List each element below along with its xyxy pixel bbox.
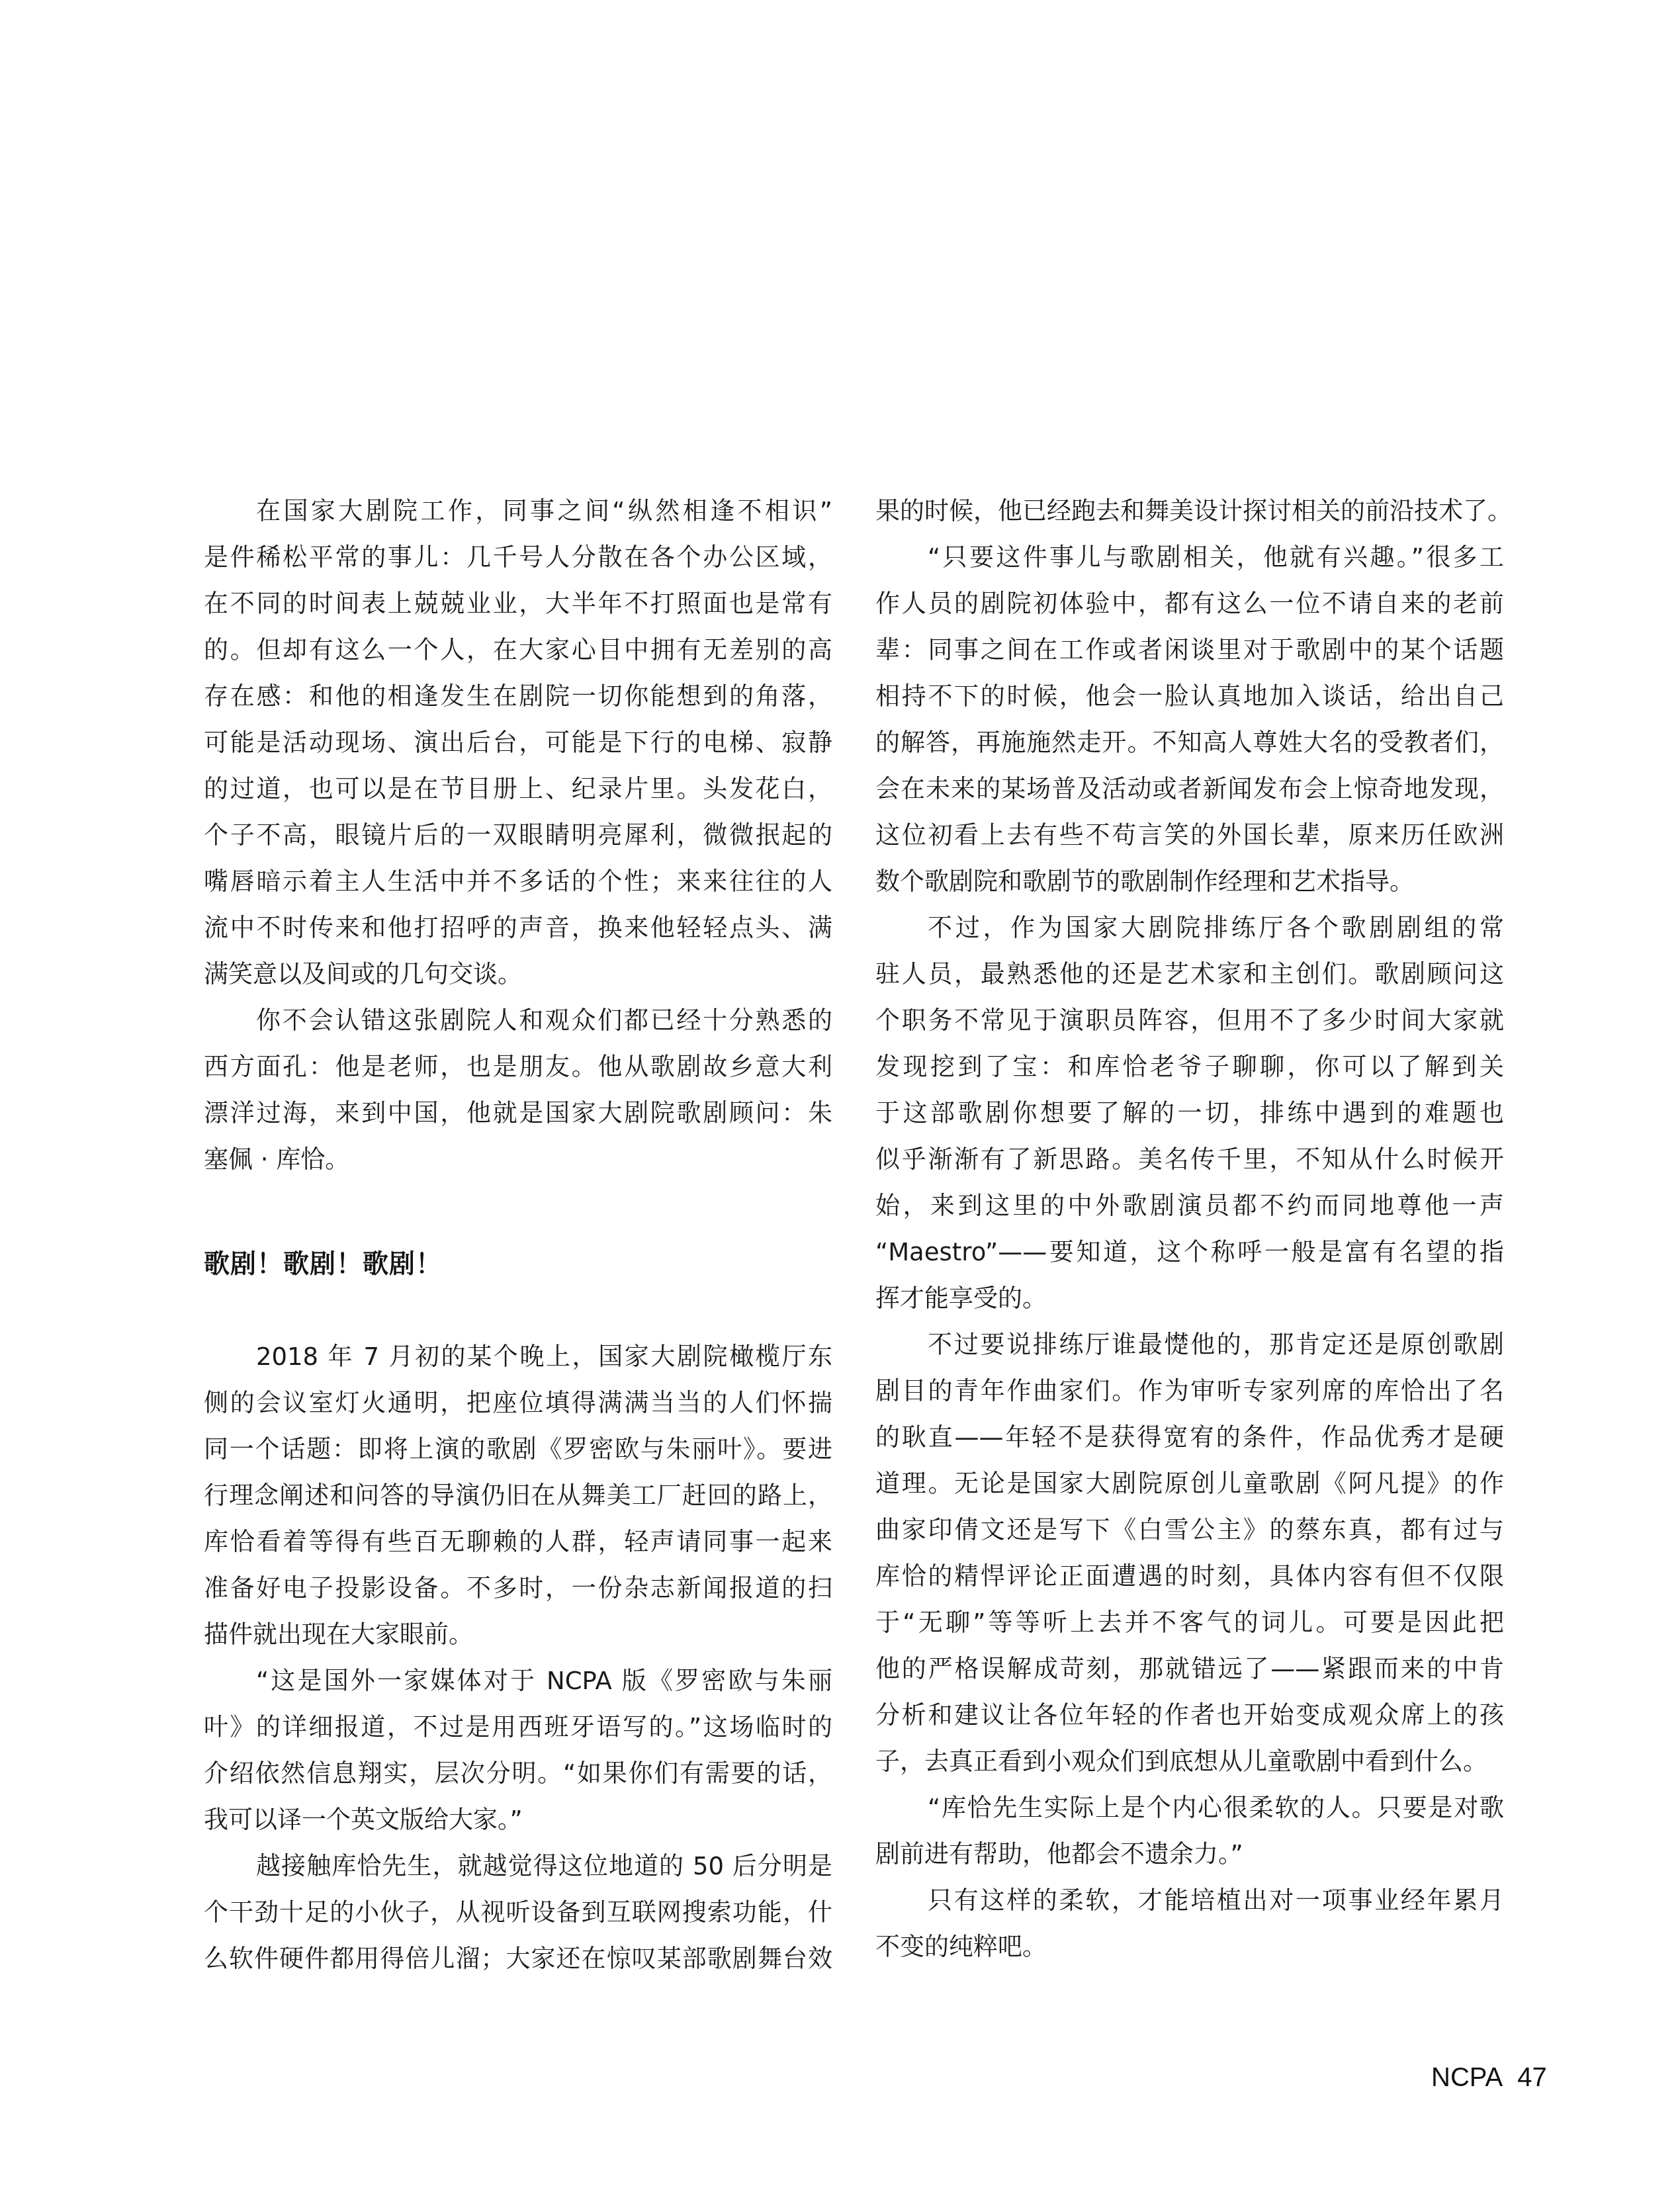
text-line: 西方面孔：他是老师，也是朋友。他从歌剧故乡意大利 [204,1044,832,1090]
text-line: “Maestro”——要知道，这个称呼一般是富有名望的指 [875,1229,1504,1276]
text-line: 不过要说排练厅谁最憷他的，那肯定还是原创歌剧 [875,1322,1504,1368]
text-line: 相持不下的时候，他会一脸认真地加入谈话，给出自己 [875,674,1504,720]
text-line: 在国家大剧院工作，同事之间“纵然相逢不相识” [204,488,832,535]
text-line: 剧前进有帮助，他都会不遗余力。” [875,1831,1504,1878]
text-line: 流中不时传来和他打招呼的声音，换来他轻轻点头、满 [204,905,832,951]
magazine-page: 在国家大剧院工作，同事之间“纵然相逢不相识”是件稀松平常的事儿：几千号人分散在各… [0,0,1680,2188]
text-line: 始，来到这里的中外歌剧演员都不约而同地尊他一声 [875,1183,1504,1229]
magazine-name: NCPA [1431,2063,1503,2092]
text-line: “只要这件事儿与歌剧相关，他就有兴趣。”很多工 [875,535,1504,581]
text-line: 描件就出现在大家眼前。 [204,1612,832,1658]
text-line: 只有这样的柔软，才能培植出对一项事业经年累月 [875,1878,1504,1924]
text-line: 介绍依然信息翔实，层次分明。“如果你们有需要的话， [204,1751,832,1797]
text-line: 存在感：和他的相逢发生在剧院一切你能想到的角落， [204,674,832,720]
intro-paragraphs: 在国家大剧院工作，同事之间“纵然相逢不相识”是件稀松平常的事儿：几千号人分散在各… [204,488,832,1183]
text-line: 行理念阐述和问答的导演仍旧在从舞美工厂赶回的路上， [204,1473,832,1519]
text-line: 辈：同事之间在工作或者闲谈里对于歌剧中的某个话题 [875,627,1504,674]
text-line: 的解答，再施施然走开。不知高人尊姓大名的受教者们， [875,720,1504,766]
text-line: 2018 年 7 月初的某个晚上，国家大剧院橄榄厅东 [204,1334,832,1380]
page-footer: NCPA47 [1431,2063,1547,2093]
text-line: 准备好电子投影设备。不多时，一份杂志新闻报道的扫 [204,1565,832,1612]
text-line: 越接触库恰先生，就越觉得这位地道的 50 后分明是 [204,1843,832,1890]
text-line: 似乎渐渐有了新思路。美名传千里，不知从什么时候开 [875,1137,1504,1183]
left-column: 在国家大剧院工作，同事之间“纵然相逢不相识”是件稀松平常的事儿：几千号人分散在各… [204,488,832,1982]
text-line: 同一个话题：即将上演的歌剧《罗密欧与朱丽叶》。要进 [204,1426,832,1473]
text-line: 曲家印倩文还是写下《白雪公主》的蔡东真，都有过与 [875,1507,1504,1553]
text-line: 你不会认错这张剧院人和观众们都已经十分熟悉的 [204,998,832,1044]
text-line: “库恰先生实际上是个内心很柔软的人。只要是对歌 [875,1785,1504,1831]
text-line: 分析和建议让各位年轻的作者也开始变成观众席上的孩 [875,1692,1504,1739]
text-line: 不过，作为国家大剧院排练厅各个歌剧剧组的常 [875,905,1504,951]
text-line: 果的时候，他已经跑去和舞美设计探讨相关的前沿技术了。 [875,488,1504,535]
text-line: 叶》的详细报道，不过是用西班牙语写的。”这场临时的 [204,1704,832,1751]
text-line: 这位初看上去有些不苟言笑的外国长辈，原来历任欧洲 [875,812,1504,859]
text-line: 嘴唇暗示着主人生活中并不多话的个性；来来往往的人 [204,859,832,905]
text-line: 库恰的精悍评论正面遭遇的时刻，具体内容有但不仅限 [875,1553,1504,1600]
text-line: “这是国外一家媒体对于 NCPA 版《罗密欧与朱丽 [204,1658,832,1704]
text-line: 可能是活动现场、演出后台，可能是下行的电梯、寂静 [204,720,832,766]
text-line: 发现挖到了宝：和库恰老爷子聊聊，你可以了解到关 [875,1044,1504,1090]
text-line: 个子不高，眼镜片后的一双眼睛明亮犀利，微微抿起的 [204,812,832,859]
text-line: 剧目的青年作曲家们。作为审听专家列席的库恰出了名 [875,1368,1504,1415]
text-line: 塞佩 · 库恰。 [204,1137,832,1183]
text-line: 于“无聊”等等听上去并不客气的词儿。可要是因此把 [875,1600,1504,1646]
text-line: 于这部歌剧你想要了解的一切，排练中遇到的难题也 [875,1090,1504,1137]
page-number: 47 [1517,2063,1547,2092]
text-line: 的。但却有这么一个人，在大家心目中拥有无差别的高 [204,627,832,674]
text-line: 库恰看着等得有些百无聊赖的人群，轻声请同事一起来 [204,1519,832,1565]
text-line: 是件稀松平常的事儿：几千号人分散在各个办公区域， [204,535,832,581]
text-line: 数个歌剧院和歌剧节的歌剧制作经理和艺术指导。 [875,859,1504,905]
text-line: 侧的会议室灯火通明，把座位填得满满当当的人们怀揣 [204,1380,832,1426]
section-paragraphs: 2018 年 7 月初的某个晚上，国家大剧院橄榄厅东侧的会议室灯火通明，把座位填… [204,1334,832,1982]
right-paragraphs: 果的时候，他已经跑去和舞美设计探讨相关的前沿技术了。“只要这件事儿与歌剧相关，他… [875,488,1504,1970]
text-line: 的过道，也可以是在节目册上、纪录片里。头发花白， [204,766,832,812]
text-line: 漂洋过海，来到中国，他就是国家大剧院歌剧顾问：朱 [204,1090,832,1137]
text-line: 挥才能享受的。 [875,1276,1504,1322]
text-line: 道理。无论是国家大剧院原创儿童歌剧《阿凡提》的作 [875,1461,1504,1507]
text-line: 子，去真正看到小观众们到底想从儿童歌剧中看到什么。 [875,1739,1504,1785]
section-heading: 歌剧！歌剧！歌剧！ [204,1241,832,1288]
text-line: 在不同的时间表上兢兢业业，大半年不打照面也是常有 [204,581,832,627]
text-line: 的耿直——年轻不是获得宽宥的条件，作品优秀才是硬 [875,1415,1504,1461]
text-line: 不变的纯粹吧。 [875,1924,1504,1970]
text-line: 他的严格误解成苛刻，那就错远了——紧跟而来的中肯 [875,1646,1504,1692]
text-line: 满笑意以及间或的几句交谈。 [204,951,832,998]
text-line: 我可以译一个英文版给大家。” [204,1797,832,1843]
text-line: 个干劲十足的小伙子，从视听设备到互联网搜索功能，什 [204,1890,832,1936]
text-line: 作人员的剧院初体验中，都有这么一位不请自来的老前 [875,581,1504,627]
text-line: 么软件硬件都用得倍儿溜；大家还在惊叹某部歌剧舞台效 [204,1936,832,1982]
right-column: 果的时候，他已经跑去和舞美设计探讨相关的前沿技术了。“只要这件事儿与歌剧相关，他… [875,488,1504,1970]
text-line: 个职务不常见于演职员阵容，但用不了多少时间大家就 [875,998,1504,1044]
text-line: 会在未来的某场普及活动或者新闻发布会上惊奇地发现， [875,766,1504,812]
text-line: 驻人员，最熟悉他的还是艺术家和主创们。歌剧顾问这 [875,951,1504,998]
